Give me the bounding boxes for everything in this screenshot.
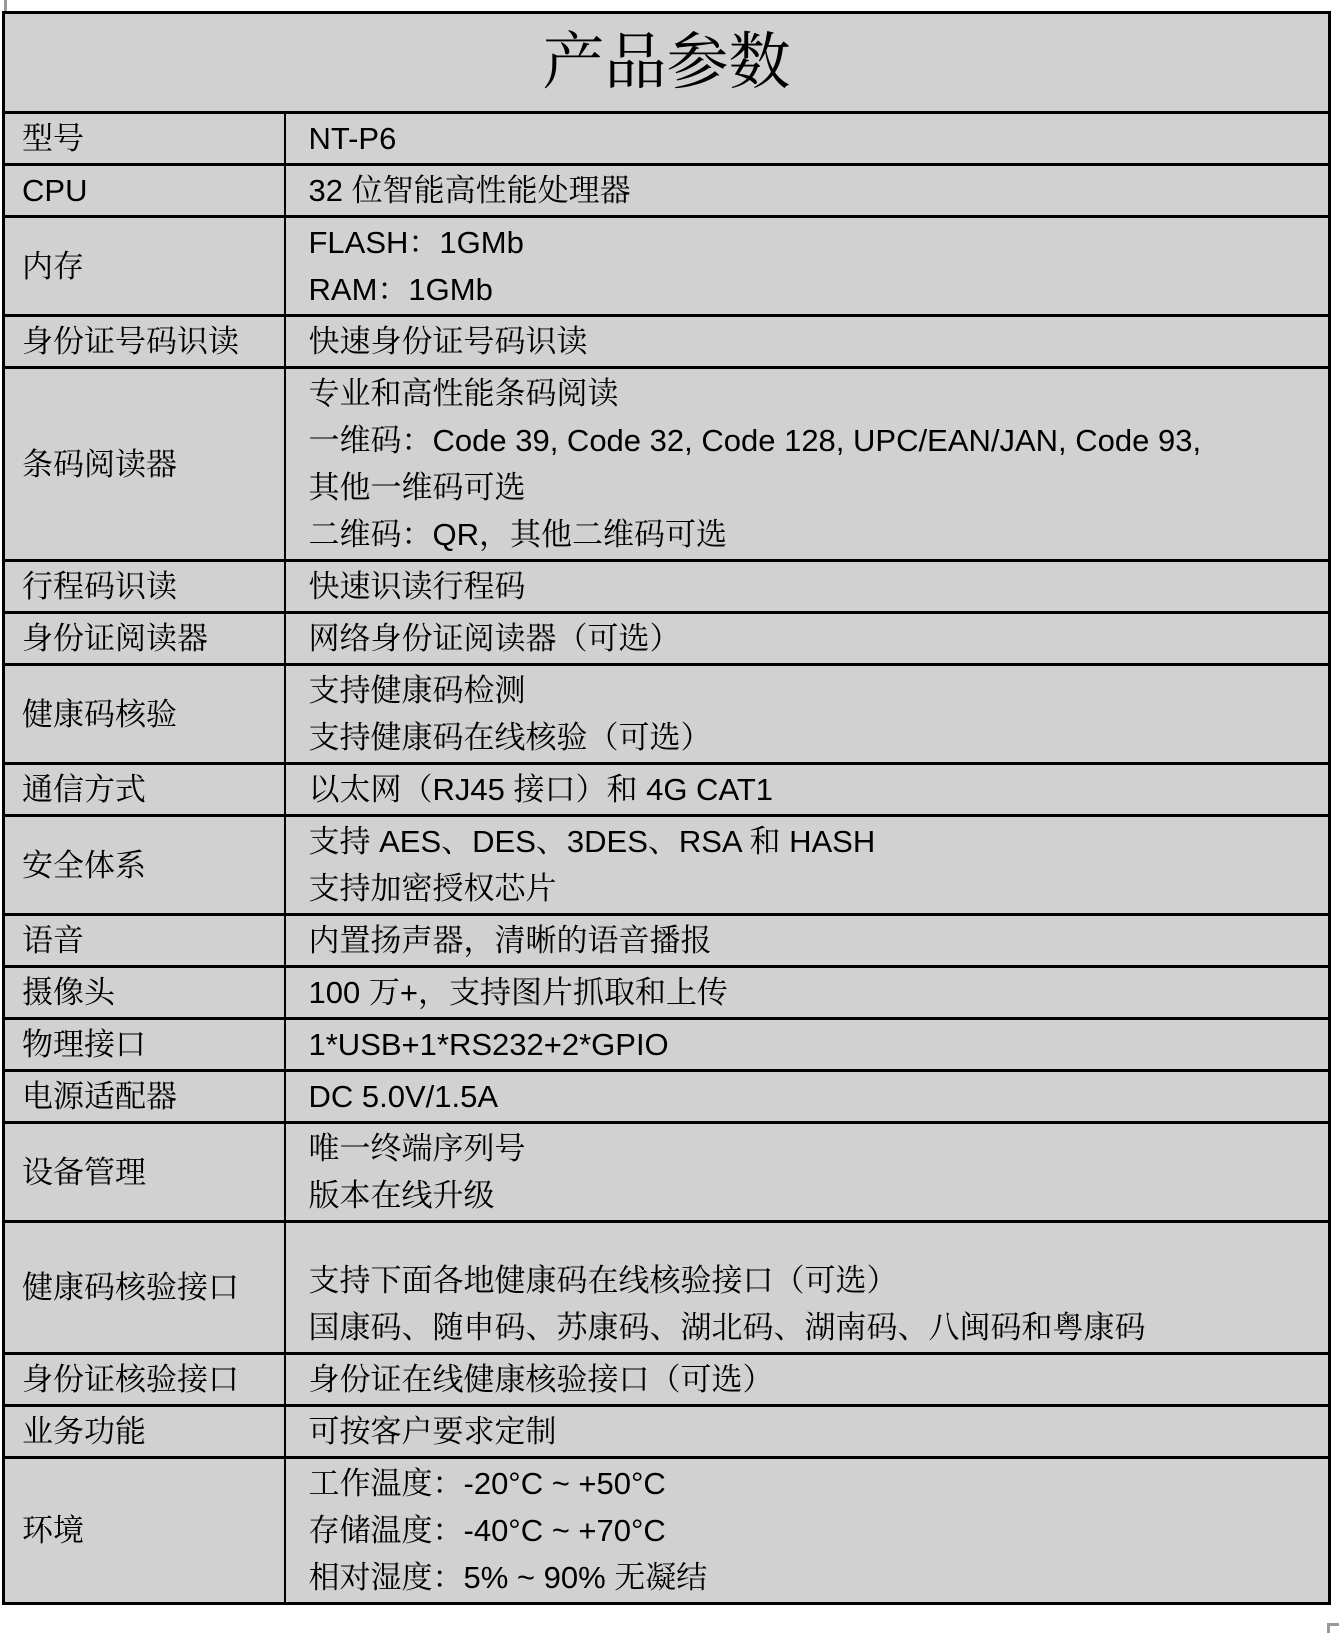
row-memory-value: FLASH：1GMb RAM：1GMb (285, 217, 1330, 316)
row-barcode-reader-label: 条码阅读器 (4, 368, 285, 561)
row-power-adapter-label: 电源适配器 (4, 1071, 285, 1123)
row-travel-code-reading: 行程码识读 快速识读行程码 (4, 561, 1330, 613)
row-communication: 通信方式 以太网（RJ45 接口）和 4G CAT1 (4, 764, 1330, 816)
row-id-card-reader-label: 身份证阅读器 (4, 613, 285, 665)
row-voice-label: 语音 (4, 915, 285, 967)
row-security-label: 安全体系 (4, 816, 285, 915)
product-spec-table: 产品参数 型号 NT-P6 CPU 32 位智能高性能处理器 内存 FLASH：… (2, 11, 1331, 1605)
row-physical-ports-label: 物理接口 (4, 1019, 285, 1071)
row-physical-ports: 物理接口 1*USB+1*RS232+2*GPIO (4, 1019, 1330, 1071)
row-security: 安全体系 支持 AES、DES、3DES、RSA 和 HASH 支持加密授权芯片 (4, 816, 1330, 915)
edge-fragment-top-left (4, 0, 7, 11)
row-environment-label: 环境 (4, 1458, 285, 1604)
row-id-verification-api: 身份证核验接口 身份证在线健康核验接口（可选） (4, 1354, 1330, 1406)
row-health-code-api: 健康码核验接口 支持下面各地健康码在线核验接口（可选） 国康码、随申码、苏康码、… (4, 1222, 1330, 1354)
row-environment-value: 工作温度：-20°C ~ +50°C 存储温度：-40°C ~ +70°C 相对… (285, 1458, 1330, 1604)
row-camera-label: 摄像头 (4, 967, 285, 1019)
row-travel-code-reading-value: 快速识读行程码 (285, 561, 1330, 613)
row-id-verification-api-value: 身份证在线健康核验接口（可选） (285, 1354, 1330, 1406)
row-power-adapter: 电源适配器 DC 5.0V/1.5A (4, 1071, 1330, 1123)
row-memory-label: 内存 (4, 217, 285, 316)
row-camera-value: 100 万+，支持图片抓取和上传 (285, 967, 1330, 1019)
row-business-functions: 业务功能 可按客户要求定制 (4, 1406, 1330, 1458)
row-memory: 内存 FLASH：1GMb RAM：1GMb (4, 217, 1330, 316)
row-cpu: CPU 32 位智能高性能处理器 (4, 165, 1330, 217)
row-travel-code-reading-label: 行程码识读 (4, 561, 285, 613)
row-voice-value: 内置扬声器，清晰的语音播报 (285, 915, 1330, 967)
row-health-code-api-label: 健康码核验接口 (4, 1222, 285, 1354)
row-device-management-label: 设备管理 (4, 1123, 285, 1222)
row-security-value: 支持 AES、DES、3DES、RSA 和 HASH 支持加密授权芯片 (285, 816, 1330, 915)
row-model-value: NT-P6 (285, 113, 1330, 165)
row-id-verification-api-label: 身份证核验接口 (4, 1354, 285, 1406)
row-cpu-label: CPU (4, 165, 285, 217)
row-model: 型号 NT-P6 (4, 113, 1330, 165)
row-barcode-reader-value: 专业和高性能条码阅读 一维码：Code 39, Code 32, Code 12… (285, 368, 1330, 561)
row-id-card-reader-value: 网络身份证阅读器（可选） (285, 613, 1330, 665)
row-business-functions-label: 业务功能 (4, 1406, 285, 1458)
row-communication-label: 通信方式 (4, 764, 285, 816)
row-communication-value: 以太网（RJ45 接口）和 4G CAT1 (285, 764, 1330, 816)
row-id-number-reading-value: 快速身份证号码识读 (285, 316, 1330, 368)
row-environment: 环境 工作温度：-20°C ~ +50°C 存储温度：-40°C ~ +70°C… (4, 1458, 1330, 1604)
row-business-functions-value: 可按客户要求定制 (285, 1406, 1330, 1458)
row-model-label: 型号 (4, 113, 285, 165)
row-cpu-value: 32 位智能高性能处理器 (285, 165, 1330, 217)
row-health-code-verification: 健康码核验 支持健康码检测 支持健康码在线核验（可选） (4, 665, 1330, 764)
row-device-management-value: 唯一终端序列号 版本在线升级 (285, 1123, 1330, 1222)
row-id-card-reader: 身份证阅读器 网络身份证阅读器（可选） (4, 613, 1330, 665)
edge-fragment-bottom-right (1327, 1623, 1339, 1633)
row-id-number-reading: 身份证号码识读 快速身份证号码识读 (4, 316, 1330, 368)
row-physical-ports-value: 1*USB+1*RS232+2*GPIO (285, 1019, 1330, 1071)
table-title: 产品参数 (4, 13, 1330, 113)
row-id-number-reading-label: 身份证号码识读 (4, 316, 285, 368)
row-device-management: 设备管理 唯一终端序列号 版本在线升级 (4, 1123, 1330, 1222)
row-voice: 语音 内置扬声器，清晰的语音播报 (4, 915, 1330, 967)
row-power-adapter-value: DC 5.0V/1.5A (285, 1071, 1330, 1123)
row-barcode-reader: 条码阅读器 专业和高性能条码阅读 一维码：Code 39, Code 32, C… (4, 368, 1330, 561)
row-health-code-verification-value: 支持健康码检测 支持健康码在线核验（可选） (285, 665, 1330, 764)
row-health-code-verification-label: 健康码核验 (4, 665, 285, 764)
row-health-code-api-value: 支持下面各地健康码在线核验接口（可选） 国康码、随申码、苏康码、湖北码、湖南码、… (285, 1222, 1330, 1354)
row-camera: 摄像头 100 万+，支持图片抓取和上传 (4, 967, 1330, 1019)
table-title-row: 产品参数 (4, 13, 1330, 113)
